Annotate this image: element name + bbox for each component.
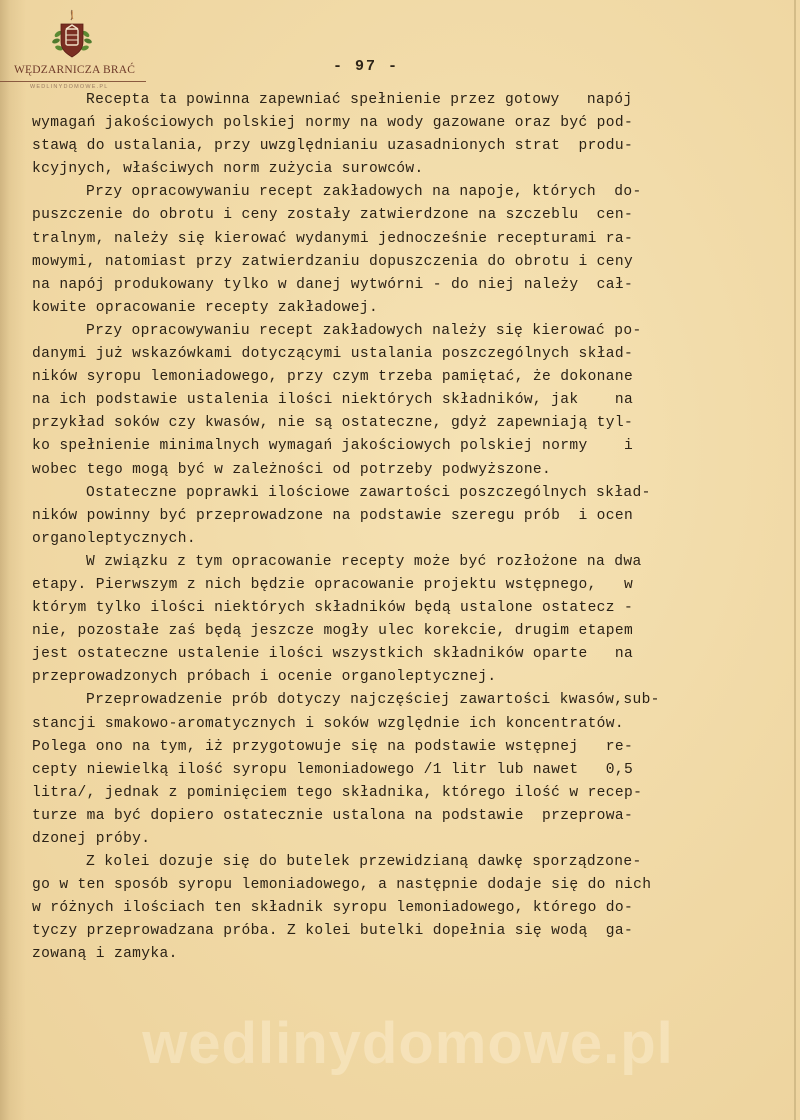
smokehouse-crest-icon — [50, 8, 94, 60]
text-line: którym tylko ilości niektórych składnikó… — [32, 597, 772, 620]
text-line: kcyjnych, właściwych norm zużycia surowc… — [32, 158, 772, 181]
text-line: Ostateczne poprawki ilościowe zawartości… — [32, 482, 772, 505]
text-line: nie, pozostałe zaś będą jeszcze mogły ul… — [32, 620, 772, 643]
text-line: go w ten sposób syropu lemoniadowego, a … — [32, 874, 772, 897]
text-line: w różnych ilościach ten składnik syropu … — [32, 897, 772, 920]
text-line: przeprowadzonych próbach i ocenie organo… — [32, 666, 772, 689]
text-line: mowymi, natomiast przy zatwierdzaniu dop… — [32, 251, 772, 274]
text-line: wobec tego mogą być w zależności od potr… — [32, 459, 772, 482]
text-line: stancji smakowo-aromatycznych i soków wz… — [32, 713, 772, 736]
paragraph: Przeprowadzenie prób dotyczy najczęściej… — [32, 689, 772, 851]
logo-divider — [0, 81, 146, 82]
text-line: przykład soków czy kwasów, nie są ostate… — [32, 412, 772, 435]
site-logo[interactable]: WĘDZARNICZA BRAĆ WEDLINYDOMOWE.PL — [0, 0, 150, 95]
text-line: Z kolei dozuje się do butelek przewidzia… — [32, 851, 772, 874]
text-line: ników powinny być przeprowadzone na pods… — [32, 505, 772, 528]
page-fold-edge — [794, 0, 796, 1120]
text-line: ko spełnienie minimalnych wymagań jakośc… — [32, 435, 772, 458]
page-number: - 97 - — [333, 58, 399, 75]
text-line: turze ma być dopiero ostatecznie ustalon… — [32, 805, 772, 828]
text-line: zowaną i zamyka. — [32, 943, 772, 966]
typewritten-body: Recepta ta powinna zapewniać spełnienie … — [32, 89, 772, 967]
text-line: etapy. Pierwszym z nich będzie opracowan… — [32, 574, 772, 597]
text-line: W związku z tym opracowanie recepty może… — [32, 551, 772, 574]
text-line: cepty niewielką ilość syropu lemoniadowe… — [32, 759, 772, 782]
text-line: wymagań jakościowych polskiej normy na w… — [32, 112, 772, 135]
text-line: puszczenie do obrotu i ceny zostały zatw… — [32, 204, 772, 227]
paragraph: W związku z tym opracowanie recepty może… — [32, 551, 772, 690]
text-line: jest ostateczne ustalenie ilości wszystk… — [32, 643, 772, 666]
text-line: Recepta ta powinna zapewniać spełnienie … — [32, 89, 772, 112]
text-line: stawą do ustalania, przy uwzględnianiu u… — [32, 135, 772, 158]
text-line: na ich podstawie ustalenia ilości niektó… — [32, 389, 772, 412]
text-line: Polega ono na tym, iż przygotowuje się n… — [32, 736, 772, 759]
text-line: na napój produkowany tylko w danej wytwó… — [32, 274, 772, 297]
text-line: kowite opracowanie recepty zakładowej. — [32, 297, 772, 320]
text-line: Przeprowadzenie prób dotyczy najczęściej… — [32, 689, 772, 712]
text-line: organoleptycznych. — [32, 528, 772, 551]
text-line: dzonej próby. — [32, 828, 772, 851]
text-line: Przy opracowywaniu recept zakładowych na… — [32, 181, 772, 204]
text-line: ników syropu lemoniadowego, przy czym tr… — [32, 366, 772, 389]
paragraph: Przy opracowywaniu recept zakładowych na… — [32, 320, 772, 482]
logo-title: WĘDZARNICZA BRAĆ — [14, 64, 154, 76]
text-line: tyczy przeprowadzana próba. Z kolei bute… — [32, 920, 772, 943]
paragraph: Z kolei dozuje się do butelek przewidzia… — [32, 851, 772, 966]
paragraph: Ostateczne poprawki ilościowe zawartości… — [32, 482, 772, 551]
text-line: danymi już wskazówkami dotyczącymi ustal… — [32, 343, 772, 366]
watermark: wedlinydomowe.pl — [58, 1010, 758, 1077]
text-line: litra/, jednak z pominięciem tego składn… — [32, 782, 772, 805]
paragraph: Przy opracowywaniu recept zakładowych na… — [32, 181, 772, 320]
text-line: tralnym, należy się kierować wydanymi je… — [32, 228, 772, 251]
text-line: Przy opracowywaniu recept zakładowych na… — [32, 320, 772, 343]
paragraph: Recepta ta powinna zapewniać spełnienie … — [32, 89, 772, 181]
